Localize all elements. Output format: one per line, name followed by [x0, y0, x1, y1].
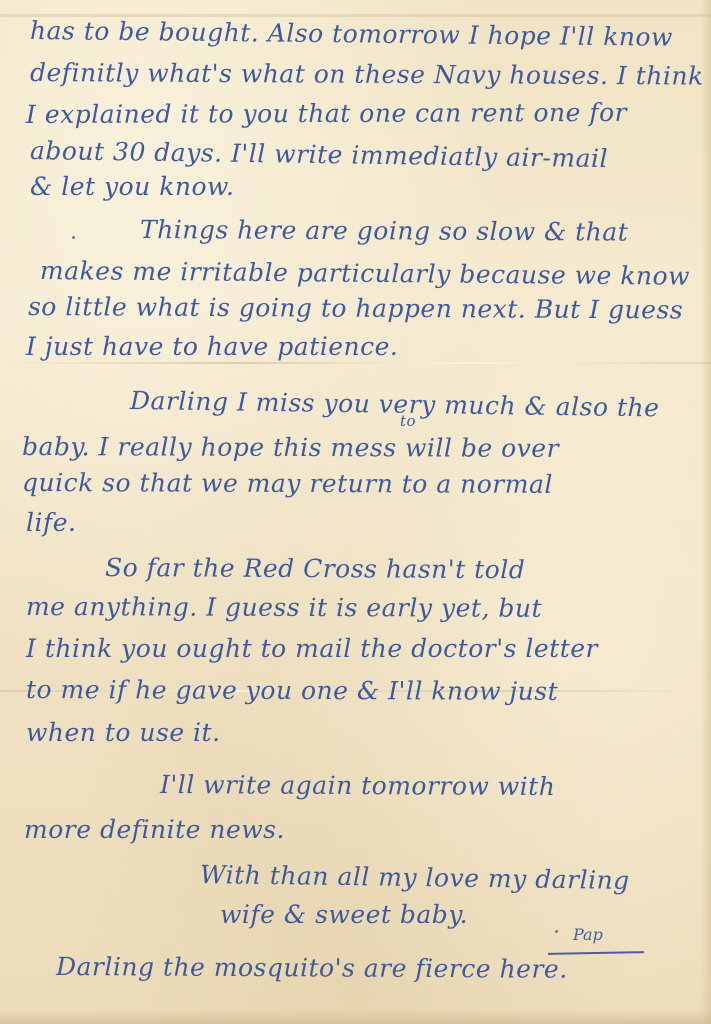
- letter-line: has to be bought. Also tomorrow I hope I…: [30, 16, 673, 52]
- letter-line: I'll write again tomorrow with: [160, 770, 556, 801]
- letter-line: quick so that we may return to a normal: [22, 468, 553, 499]
- correction-insert: to: [400, 412, 416, 430]
- letter-line: Things here are going so slow & that: [140, 215, 628, 247]
- letter-line: I explained it to you that one can rent …: [26, 98, 627, 129]
- letter-line: makes me irritable particularly because …: [40, 256, 690, 291]
- letter-line: So far the Red Cross hasn't told: [105, 553, 525, 584]
- letter-line: about 30 days. I'll write immediatly air…: [30, 136, 608, 173]
- closing-line: wife & sweet baby.: [220, 900, 468, 929]
- signature: Pap: [573, 925, 603, 944]
- letter-line: definitly what's what on these Navy hous…: [30, 58, 704, 91]
- letter-line: Darling I miss you very much & also the: [130, 386, 660, 422]
- closing-line: With than all my love my darling: [200, 860, 630, 895]
- letter-line: I think you ought to mail the doctor's l…: [26, 634, 598, 663]
- letter-line: more definite news.: [24, 815, 285, 844]
- letter-line: I just have to have patience.: [26, 332, 398, 361]
- letter-line: & let you know.: [30, 172, 234, 201]
- ink-speck: [555, 930, 558, 933]
- ink-speck: [72, 236, 75, 239]
- letter-page: has to be bought. Also tomorrow I hope I…: [0, 0, 711, 1024]
- letter-line: when to use it.: [26, 718, 221, 747]
- letter-line: me anything. I guess it is early yet, bu…: [26, 592, 542, 623]
- paper-edge-bottom: [0, 1010, 711, 1024]
- paper-edge-right: [701, 0, 711, 1024]
- postscript-line: Darling the mosquito's are fierce here.: [56, 952, 568, 984]
- letter-line: so little what is going to happen next. …: [28, 292, 683, 324]
- letter-line: baby. I really hope this mess will be ov…: [22, 432, 559, 463]
- paper-fold-upper: [0, 362, 711, 364]
- letter-line: to me if he gave you one & I'll know jus…: [26, 675, 558, 706]
- letter-line: life.: [26, 508, 77, 537]
